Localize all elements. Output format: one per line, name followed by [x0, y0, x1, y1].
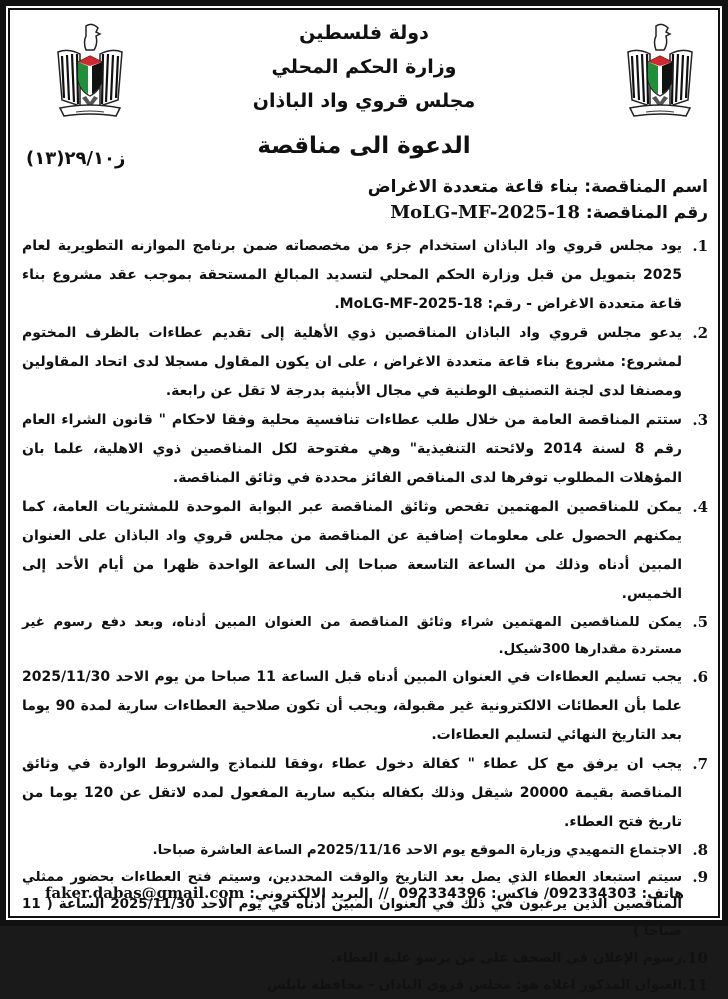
separator: // [378, 886, 388, 902]
tender-name-value: بناء قاعة متعددة الاغراض [368, 177, 579, 197]
phone-label: هاتف: [642, 886, 685, 902]
item-number: 6. [692, 663, 708, 692]
list-item: 5.يمكن للمناقصين المهتمين شراء وثائق الم… [22, 609, 708, 663]
email-label: البريد الالكتروني: [249, 886, 368, 902]
contact-info: هاتف: 092334303/ فاكس: 092334396 // البر… [24, 881, 684, 906]
list-item: 7.يجب ان يرفق مع كل عطاء " كفالة دخول عط… [22, 750, 708, 837]
item-text: ستتم المناقصة العامة من خلال طلب عطاءات … [22, 412, 682, 486]
item-number: 4. [692, 493, 708, 522]
item-number: 7. [692, 750, 708, 779]
list-item: 4.يمكن للمناقصين المهتمين تفحص وثائق الم… [22, 493, 708, 609]
document-frame: دولة فلسطين وزارة الحكم المحلي مجلس قروي… [0, 0, 728, 926]
item-number: 1. [692, 232, 708, 261]
item-text: الاجتماع التمهيدي وزيارة الموقع يوم الاح… [153, 843, 682, 858]
state-name: دولة فلسطين [10, 16, 718, 50]
phone-number: 092334303 [549, 886, 637, 902]
item-text: يمكن للمناقصين المهتمين شراء وثائق المنا… [22, 615, 682, 657]
tender-announcement: دولة فلسطين وزارة الحكم المحلي مجلس قروي… [8, 8, 720, 918]
header: دولة فلسطين وزارة الحكم المحلي مجلس قروي… [10, 16, 718, 118]
tender-name-row: اسم المناقصة: بناء قاعة متعددة الاغراض [210, 174, 708, 200]
tender-terms-list: 1.يود مجلس قروي واد الباذان استخدام جزء … [22, 232, 708, 926]
tender-number-label: رقم المناقصة: [586, 203, 708, 223]
tender-number-row: رقم المناقصة: MoLG-MF-2025-18 [210, 200, 708, 226]
email-link[interactable]: faker.dabas@gmail.com [45, 884, 244, 902]
item-number: 9. [692, 864, 708, 891]
item-text: يجب تسليم العطاءات في العنوان المبين أدن… [22, 669, 682, 743]
item-number: 5. [692, 609, 708, 636]
ministry-name: وزارة الحكم المحلي [10, 50, 718, 84]
tender-name-label: اسم المناقصة: [584, 177, 708, 197]
item-text: يمكن للمناقصين المهتمين تفحص وثائق المنا… [22, 499, 682, 602]
list-item: 1.يود مجلس قروي واد الباذان استخدام جزء … [22, 232, 708, 319]
item-number: 8. [692, 837, 708, 864]
list-item: 6.يجب تسليم العطاءات في العنوان المبين أ… [22, 663, 708, 750]
tender-number-value: MoLG-MF-2025-18 [390, 202, 580, 223]
tender-meta: اسم المناقصة: بناء قاعة متعددة الاغراض ر… [210, 174, 708, 226]
council-name: مجلس قروي واد الباذان [10, 84, 718, 118]
fax-number: 092334396 [398, 886, 486, 902]
item-text: يود مجلس قروي واد الباذان استخدام جزء من… [22, 238, 682, 312]
item-text: يدعو مجلس قروي واد الباذان المناقصين ذوي… [22, 325, 682, 399]
item-number: 3. [692, 406, 708, 435]
fax-label: / فاكس: [491, 886, 549, 902]
list-item: 8.الاجتماع التمهيدي وزيارة الموقع يوم ال… [22, 837, 708, 864]
frame-gap: دولة فلسطين وزارة الحكم المحلي مجلس قروي… [6, 6, 722, 920]
reference-code: ز٢٩/١٠(١٣) [26, 148, 125, 169]
list-item: 2.يدعو مجلس قروي واد الباذان المناقصين ذ… [22, 319, 708, 406]
item-number: 2. [692, 319, 708, 348]
list-item: 3.ستتم المناقصة العامة من خلال طلب عطاءا… [22, 406, 708, 493]
item-text: يجب ان يرفق مع كل عطاء " كفالة دخول عطاء… [22, 756, 682, 830]
